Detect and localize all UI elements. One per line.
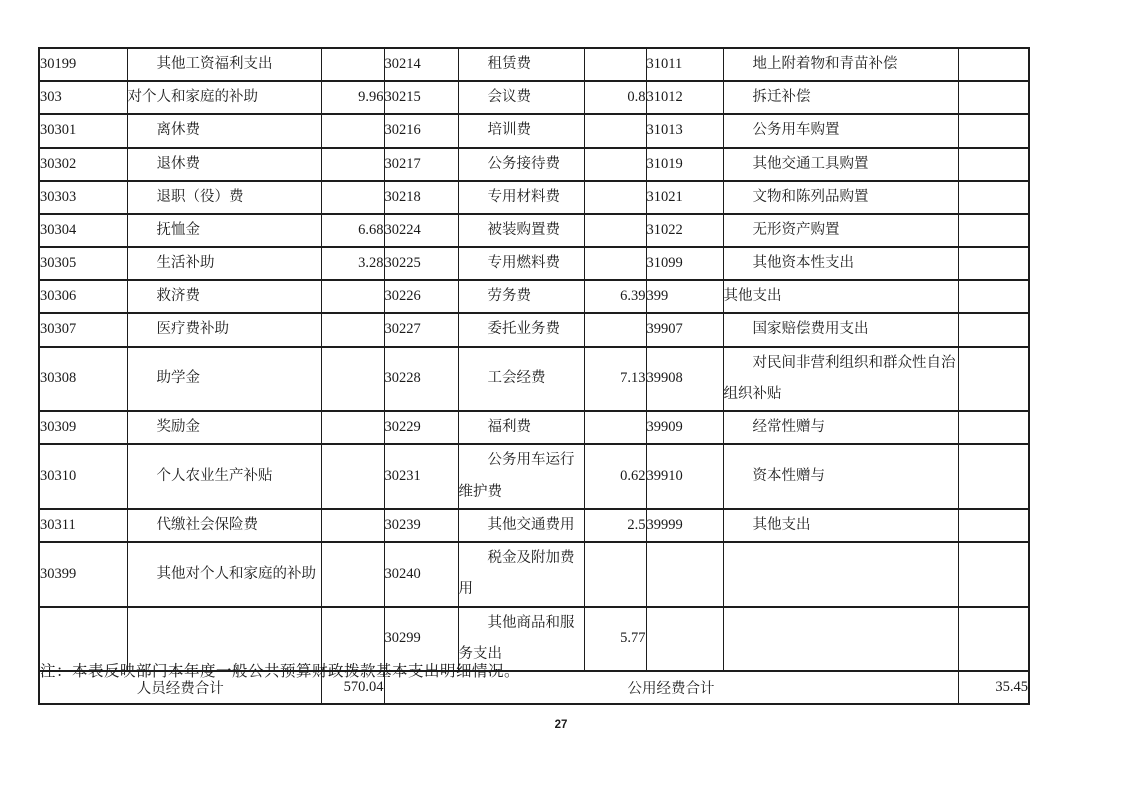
name-cell: 被装购置费 (458, 214, 584, 247)
table-row: 303对个人和家庭的补助9.9630215会议费0.831012拆迁补偿 (39, 81, 1029, 114)
public-total-value: 35.45 (958, 671, 1029, 704)
name-cell: 其他支出 (723, 509, 958, 542)
amount-cell: 7.13 (584, 347, 646, 411)
name-cell: 税金及附加费用 (458, 542, 584, 606)
amount-cell (321, 280, 384, 313)
footnote: 注：本表反映部门本年度一般公共预算财政拨款基本支出明细情况。 (40, 659, 520, 681)
amount-cell (958, 347, 1029, 411)
name-cell: 地上附着物和青苗补偿 (723, 48, 958, 81)
code-cell: 30310 (39, 444, 127, 509)
code-cell: 30304 (39, 214, 127, 247)
amount-cell (958, 444, 1029, 509)
code-cell: 31021 (646, 181, 723, 214)
amount-cell (958, 214, 1029, 247)
amount-cell: 0.62 (584, 444, 646, 509)
table-row: 30311代缴社会保险费30239其他交通费用2.539999其他支出 (39, 509, 1029, 542)
code-cell: 30240 (384, 542, 458, 606)
name-cell: 代缴社会保险费 (127, 509, 321, 542)
amount-cell (321, 313, 384, 346)
name-cell: 奖励金 (127, 411, 321, 444)
code-cell: 399 (646, 280, 723, 313)
name-cell: 个人农业生产补贴 (127, 444, 321, 509)
name-cell: 其他资本性支出 (723, 247, 958, 280)
code-cell: 31012 (646, 81, 723, 114)
name-cell (723, 607, 958, 671)
code-cell: 30226 (384, 280, 458, 313)
name-cell: 经常性赠与 (723, 411, 958, 444)
amount-cell (584, 48, 646, 81)
table-row: 30306救济费30226劳务费6.39399其他支出 (39, 280, 1029, 313)
name-cell: 公务用车运行维护费 (458, 444, 584, 509)
amount-cell (958, 247, 1029, 280)
code-cell (646, 607, 723, 671)
name-cell: 会议费 (458, 81, 584, 114)
amount-cell (321, 114, 384, 147)
name-cell: 助学金 (127, 347, 321, 411)
code-cell: 30218 (384, 181, 458, 214)
name-cell: 福利费 (458, 411, 584, 444)
code-cell: 30301 (39, 114, 127, 147)
amount-cell (584, 313, 646, 346)
code-cell: 30228 (384, 347, 458, 411)
budget-table: 30199其他工资福利支出30214租赁费31011地上附着物和青苗补偿303对… (38, 47, 1030, 705)
code-cell: 30215 (384, 81, 458, 114)
code-cell: 39908 (646, 347, 723, 411)
name-cell: 退休费 (127, 148, 321, 181)
amount-cell (584, 148, 646, 181)
name-cell: 离休费 (127, 114, 321, 147)
code-cell: 39910 (646, 444, 723, 509)
code-cell: 31011 (646, 48, 723, 81)
code-cell: 30311 (39, 509, 127, 542)
page-number: 27 (0, 719, 1122, 731)
code-cell: 303 (39, 81, 127, 114)
amount-cell (321, 509, 384, 542)
document-page: 30199其他工资福利支出30214租赁费31011地上附着物和青苗补偿303对… (0, 0, 1122, 793)
amount-cell: 9.96 (321, 81, 384, 114)
amount-cell (321, 411, 384, 444)
amount-cell: 3.28 (321, 247, 384, 280)
amount-cell (321, 181, 384, 214)
code-cell: 30224 (384, 214, 458, 247)
name-cell: 退职（役）费 (127, 181, 321, 214)
code-cell: 30227 (384, 313, 458, 346)
code-cell: 30303 (39, 181, 127, 214)
name-cell: 专用材料费 (458, 181, 584, 214)
amount-cell (321, 48, 384, 81)
amount-cell (321, 444, 384, 509)
code-cell: 39907 (646, 313, 723, 346)
amount-cell (958, 114, 1029, 147)
amount-cell (321, 148, 384, 181)
code-cell: 30225 (384, 247, 458, 280)
code-cell: 30216 (384, 114, 458, 147)
name-cell: 培训费 (458, 114, 584, 147)
amount-cell: 0.8 (584, 81, 646, 114)
name-cell: 国家赔偿费用支出 (723, 313, 958, 346)
budget-table-body: 30199其他工资福利支出30214租赁费31011地上附着物和青苗补偿303对… (39, 48, 1029, 671)
amount-cell (958, 48, 1029, 81)
table-row: 30310个人农业生产补贴30231公务用车运行维护费0.6239910资本性赠… (39, 444, 1029, 509)
code-cell: 31019 (646, 148, 723, 181)
code-cell: 30239 (384, 509, 458, 542)
name-cell: 其他交通费用 (458, 509, 584, 542)
name-cell: 其他工资福利支出 (127, 48, 321, 81)
amount-cell (958, 509, 1029, 542)
amount-cell (958, 280, 1029, 313)
amount-cell (584, 181, 646, 214)
amount-cell (958, 81, 1029, 114)
name-cell: 专用燃料费 (458, 247, 584, 280)
code-cell (646, 542, 723, 606)
name-cell: 劳务费 (458, 280, 584, 313)
name-cell: 文物和陈列品购置 (723, 181, 958, 214)
amount-cell (584, 114, 646, 147)
name-cell: 租赁费 (458, 48, 584, 81)
table-row: 30305生活补助3.2830225专用燃料费31099其他资本性支出 (39, 247, 1029, 280)
code-cell: 30308 (39, 347, 127, 411)
code-cell: 30399 (39, 542, 127, 606)
amount-cell: 5.77 (584, 607, 646, 671)
name-cell: 救济费 (127, 280, 321, 313)
name-cell: 其他对个人和家庭的补助 (127, 542, 321, 606)
name-cell: 其他支出 (723, 280, 958, 313)
table-row: 30199其他工资福利支出30214租赁费31011地上附着物和青苗补偿 (39, 48, 1029, 81)
name-cell: 生活补助 (127, 247, 321, 280)
name-cell: 公务用车购置 (723, 114, 958, 147)
name-cell: 对民间非营利组织和群众性自治组织补贴 (723, 347, 958, 411)
table-row: 30301离休费30216培训费31013公务用车购置 (39, 114, 1029, 147)
name-cell: 其他交通工具购置 (723, 148, 958, 181)
code-cell: 31022 (646, 214, 723, 247)
code-cell: 31099 (646, 247, 723, 280)
table-row: 30307医疗费补助30227委托业务费39907国家赔偿费用支出 (39, 313, 1029, 346)
amount-cell (584, 411, 646, 444)
name-cell: 工会经费 (458, 347, 584, 411)
amount-cell (321, 347, 384, 411)
code-cell: 30199 (39, 48, 127, 81)
code-cell: 31013 (646, 114, 723, 147)
name-cell: 拆迁补偿 (723, 81, 958, 114)
table-row: 30302退休费30217公务接待费31019其他交通工具购置 (39, 148, 1029, 181)
amount-cell: 2.5 (584, 509, 646, 542)
amount-cell (958, 313, 1029, 346)
code-cell: 39909 (646, 411, 723, 444)
table-row: 30399其他对个人和家庭的补助30240税金及附加费用 (39, 542, 1029, 606)
amount-cell (958, 181, 1029, 214)
amount-cell: 6.68 (321, 214, 384, 247)
name-cell: 对个人和家庭的补助 (127, 81, 321, 114)
amount-cell (321, 542, 384, 606)
table-row: 30309奖励金30229福利费39909经常性赠与 (39, 411, 1029, 444)
name-cell: 无形资产购置 (723, 214, 958, 247)
code-cell: 39999 (646, 509, 723, 542)
code-cell: 30302 (39, 148, 127, 181)
amount-cell (958, 148, 1029, 181)
name-cell: 医疗费补助 (127, 313, 321, 346)
amount-cell (958, 411, 1029, 444)
amount-cell (584, 214, 646, 247)
amount-cell (584, 542, 646, 606)
code-cell: 30229 (384, 411, 458, 444)
table-row: 30308助学金30228工会经费7.1339908对民间非营利组织和群众性自治… (39, 347, 1029, 411)
name-cell: 委托业务费 (458, 313, 584, 346)
amount-cell (584, 247, 646, 280)
name-cell: 抚恤金 (127, 214, 321, 247)
name-cell: 公务接待费 (458, 148, 584, 181)
code-cell: 30306 (39, 280, 127, 313)
code-cell: 30307 (39, 313, 127, 346)
table-row: 30304抚恤金6.6830224被装购置费31022无形资产购置 (39, 214, 1029, 247)
code-cell: 30309 (39, 411, 127, 444)
amount-cell: 6.39 (584, 280, 646, 313)
amount-cell (958, 607, 1029, 671)
code-cell: 30305 (39, 247, 127, 280)
code-cell: 30214 (384, 48, 458, 81)
amount-cell (958, 542, 1029, 606)
table-row: 30303退职（役）费30218专用材料费31021文物和陈列品购置 (39, 181, 1029, 214)
name-cell (723, 542, 958, 606)
name-cell: 资本性赠与 (723, 444, 958, 509)
code-cell: 30217 (384, 148, 458, 181)
code-cell: 30231 (384, 444, 458, 509)
